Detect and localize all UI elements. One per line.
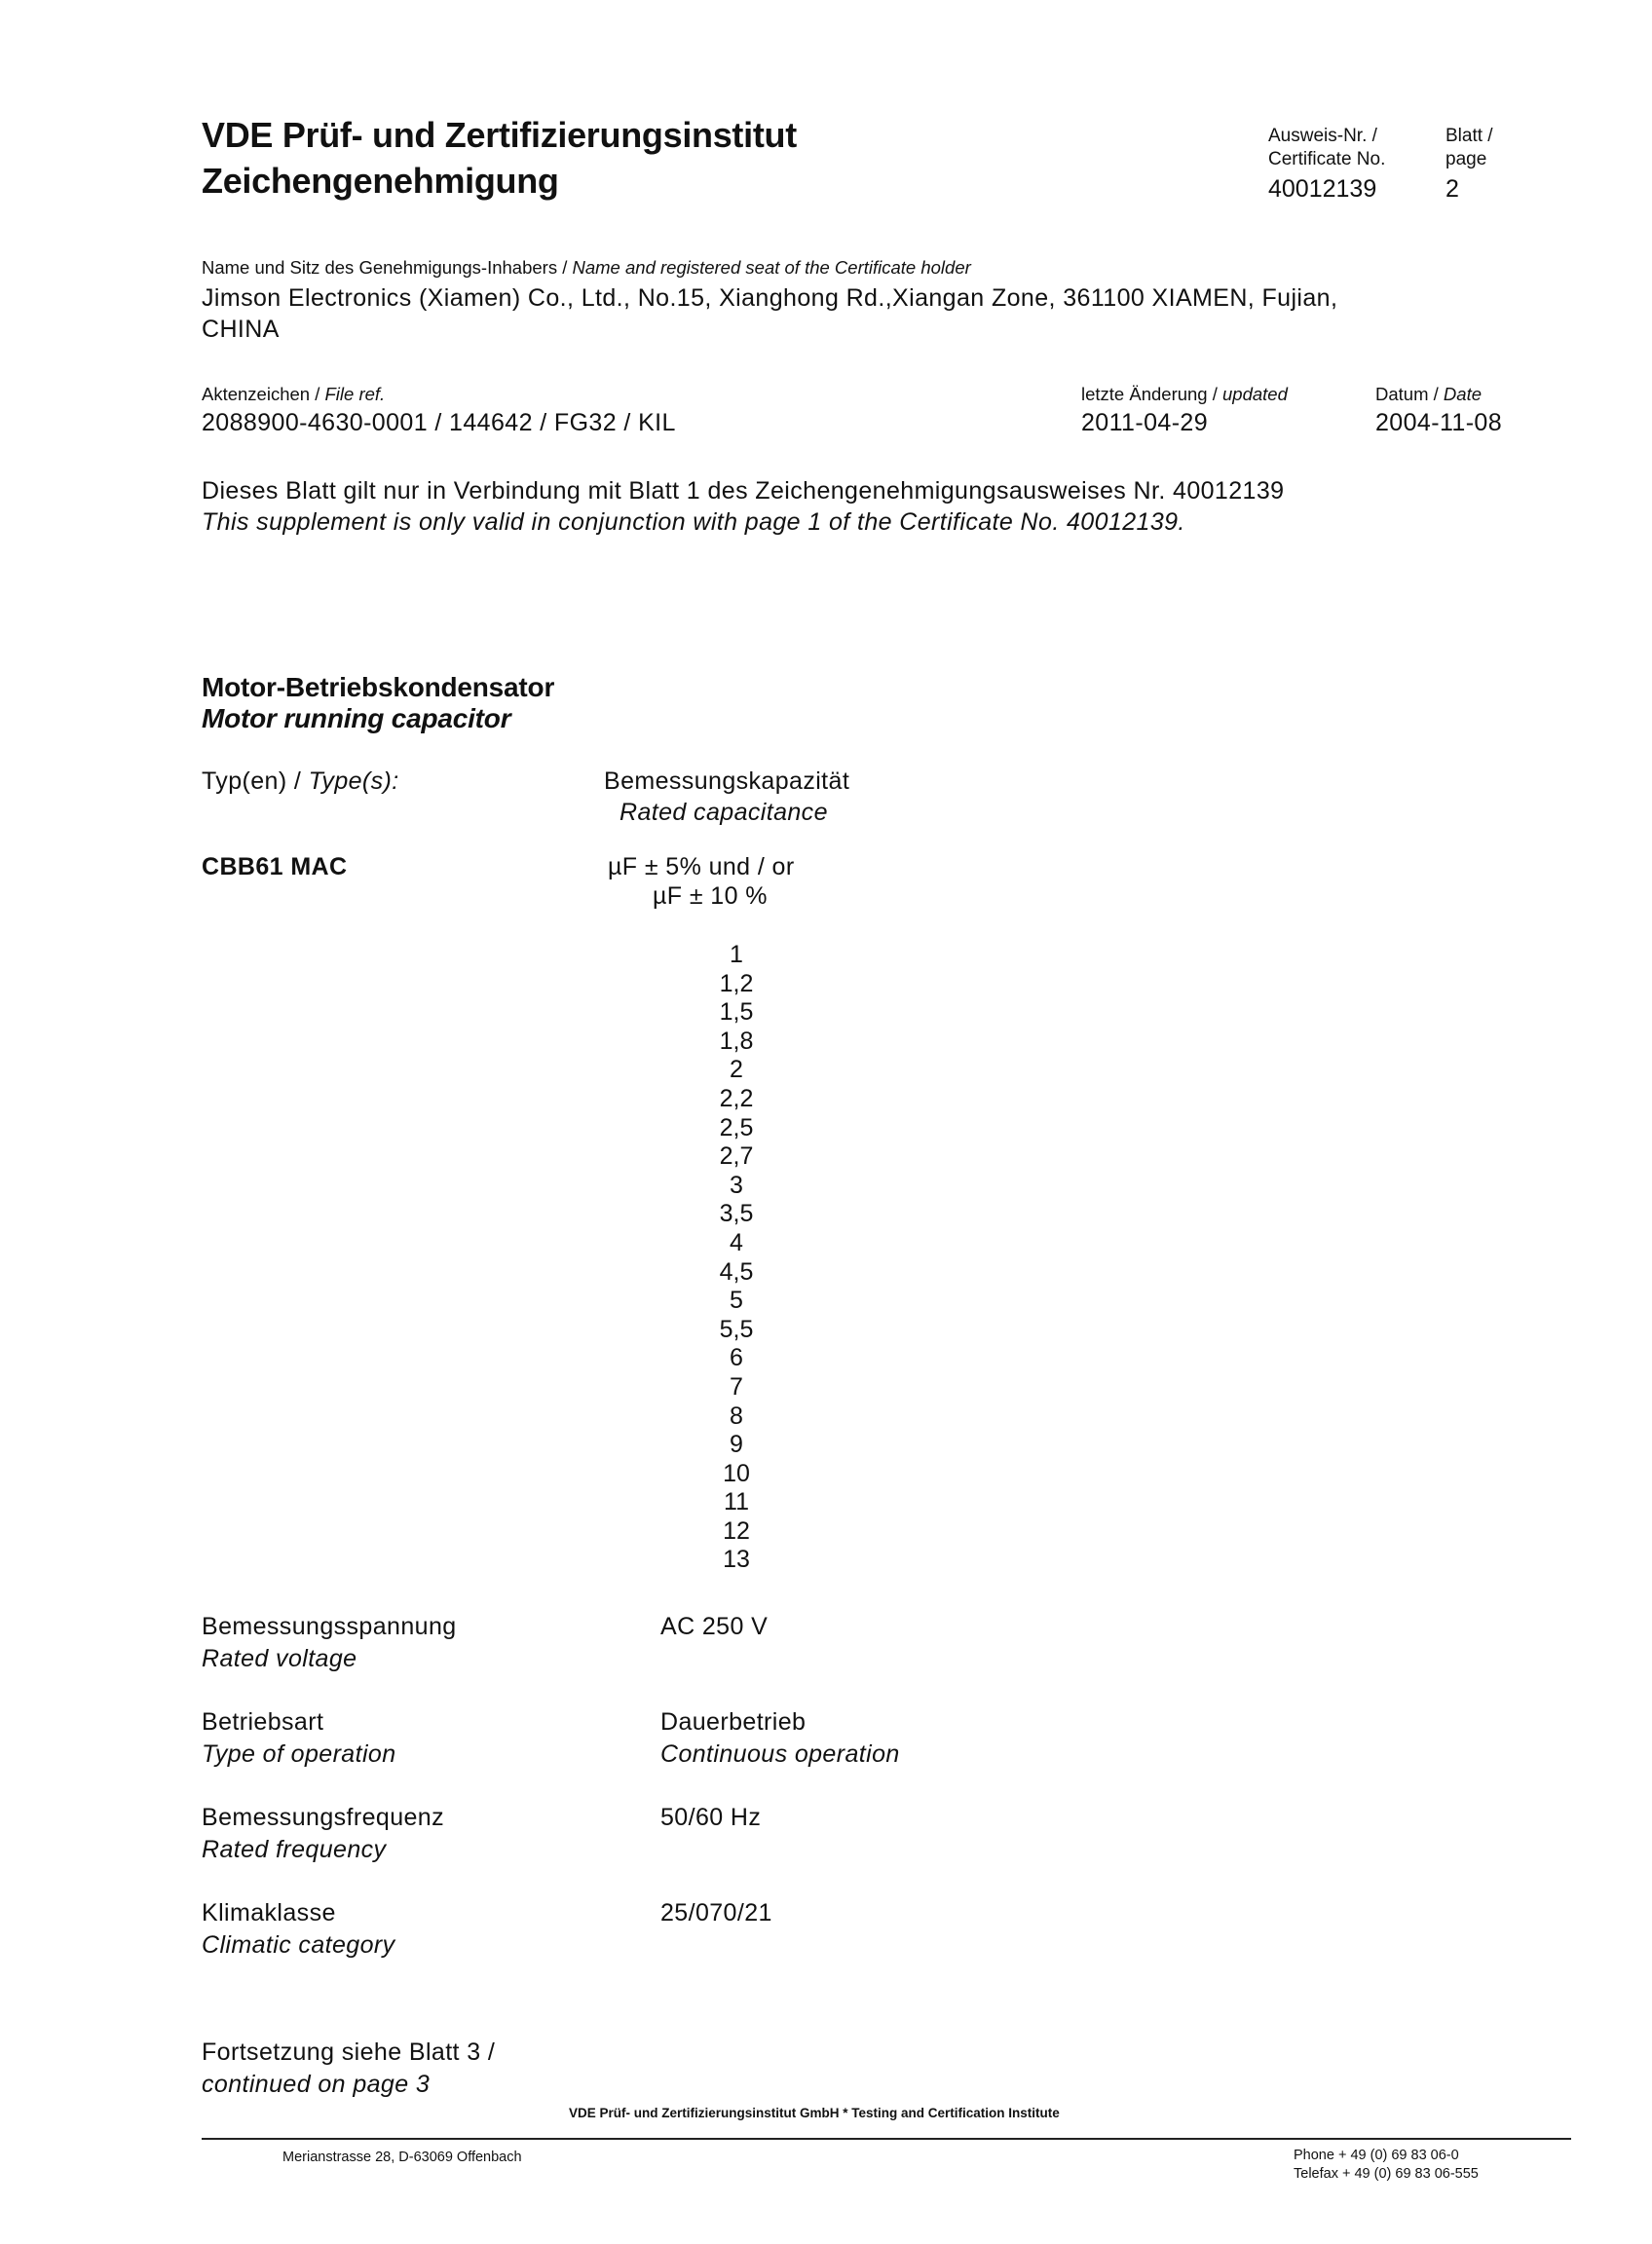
types-label-en: Type(s):: [309, 767, 399, 795]
holder-address-line1: Jimson Electronics (Xiamen) Co., Ltd., N…: [202, 284, 1337, 313]
product-title-de: Motor-Betriebskondensator: [202, 672, 554, 703]
spec-label-de: Klimaklasse: [202, 1899, 336, 1927]
spec-label-en: Type of operation: [202, 1740, 396, 1769]
capacitance-value: 1,2: [658, 970, 814, 999]
footer-phone: Phone + 49 (0) 69 83 06-0: [1294, 2147, 1459, 2165]
document-type-title: Zeichengenehmigung: [202, 161, 559, 202]
date-label-de: Datum /: [1375, 384, 1439, 404]
file-ref-label-en: File ref.: [325, 384, 386, 404]
footer-divider: [202, 2138, 1571, 2140]
spec-value-en: Continuous operation: [660, 1740, 900, 1769]
holder-label-en: Name and registered seat of the Certific…: [573, 257, 971, 278]
capacitance-value: 12: [658, 1517, 814, 1547]
holder-address-line2: CHINA: [202, 316, 280, 344]
updated-label-de: letzte Änderung /: [1081, 384, 1218, 404]
capacitance-value: 3: [658, 1172, 814, 1201]
date-label: Datum / Date: [1375, 384, 1482, 405]
capacitance-value: 2: [658, 1056, 814, 1085]
capacitance-value: 7: [658, 1373, 814, 1402]
capacitance-value: 6: [658, 1344, 814, 1373]
capacitance-value: 1,8: [658, 1028, 814, 1057]
capacitance-value: 5: [658, 1287, 814, 1316]
capacitance-value: 1,5: [658, 998, 814, 1028]
continuation-en: continued on page 3: [202, 2071, 430, 2099]
spec-label-en: Rated frequency: [202, 1836, 386, 1864]
footer-institute: VDE Prüf- und Zertifizierungsinstitut Gm…: [569, 2106, 1060, 2120]
tolerance-line1: µF ± 5% und / or: [608, 853, 795, 881]
capacitance-value: 5,5: [658, 1316, 814, 1345]
spec-label-de: Bemessungsspannung: [202, 1613, 457, 1641]
certificate-number: 40012139: [1268, 175, 1376, 204]
spec-label-en: Rated voltage: [202, 1645, 357, 1673]
spec-label-de: Betriebsart: [202, 1708, 323, 1737]
continuation-de: Fortsetzung siehe Blatt 3 /: [202, 2038, 495, 2067]
spec-value-de: 50/60 Hz: [660, 1804, 761, 1832]
footer-address: Merianstrasse 28, D-63069 Offenbach: [282, 2149, 522, 2167]
capacitance-value: 4,5: [658, 1258, 814, 1288]
spec-value-de: Dauerbetrieb: [660, 1708, 806, 1737]
types-label-de: Typ(en) /: [202, 767, 301, 795]
product-title-en: Motor running capacitor: [202, 703, 510, 734]
capacitance-value: 10: [658, 1460, 814, 1489]
spec-label-de: Bemessungsfrequenz: [202, 1804, 444, 1832]
holder-label-de: Name und Sitz des Genehmigungs-Inhabers …: [202, 257, 567, 278]
updated-label-en: updated: [1222, 384, 1288, 404]
certificate-label-de: Ausweis-Nr. /: [1268, 125, 1377, 148]
spec-value-de: AC 250 V: [660, 1613, 768, 1641]
capacitance-label-de: Bemessungskapazität: [604, 767, 849, 796]
capacitance-value: 13: [658, 1546, 814, 1575]
capacitance-value: 2,5: [658, 1114, 814, 1143]
file-ref-label: Aktenzeichen / File ref.: [202, 384, 385, 405]
capacitance-value: 9: [658, 1431, 814, 1460]
institute-title: VDE Prüf- und Zertifizierungsinstitut: [202, 115, 797, 156]
capacitance-value: 8: [658, 1402, 814, 1432]
page-label-de: Blatt /: [1445, 125, 1493, 148]
file-ref-value: 2088900-4630-0001 / 144642 / FG32 / KIL: [202, 409, 676, 437]
capacitance-value: 1: [658, 941, 814, 970]
footer-fax: Telefax + 49 (0) 69 83 06-555: [1294, 2165, 1479, 2184]
updated-label: letzte Änderung / updated: [1081, 384, 1288, 405]
type-name: CBB61 MAC: [202, 853, 347, 881]
page-number: 2: [1445, 175, 1459, 204]
tolerance-line2: µF ± 10 %: [653, 882, 768, 911]
types-label: Typ(en) / Type(s):: [202, 767, 399, 796]
date-label-en: Date: [1444, 384, 1482, 404]
holder-label: Name und Sitz des Genehmigungs-Inhabers …: [202, 257, 971, 279]
file-ref-label-de: Aktenzeichen /: [202, 384, 319, 404]
capacitance-values-list: 11,21,51,822,22,52,733,544,555,567891011…: [658, 941, 814, 1575]
updated-value: 2011-04-29: [1081, 409, 1208, 437]
spec-label-en: Climatic category: [202, 1931, 395, 1960]
capacitance-value: 3,5: [658, 1200, 814, 1229]
date-value: 2004-11-08: [1375, 409, 1502, 437]
spec-value-de: 25/070/21: [660, 1899, 772, 1927]
capacitance-value: 11: [658, 1488, 814, 1517]
capacitance-label-en: Rated capacitance: [619, 799, 828, 827]
capacitance-value: 2,2: [658, 1085, 814, 1114]
page-label-en: page: [1445, 148, 1486, 171]
certificate-label-en: Certificate No.: [1268, 148, 1385, 171]
capacitance-value: 4: [658, 1229, 814, 1258]
validity-notice-en: This supplement is only valid in conjunc…: [202, 508, 1185, 537]
validity-notice-de: Dieses Blatt gilt nur in Verbindung mit …: [202, 477, 1284, 505]
capacitance-value: 2,7: [658, 1142, 814, 1172]
